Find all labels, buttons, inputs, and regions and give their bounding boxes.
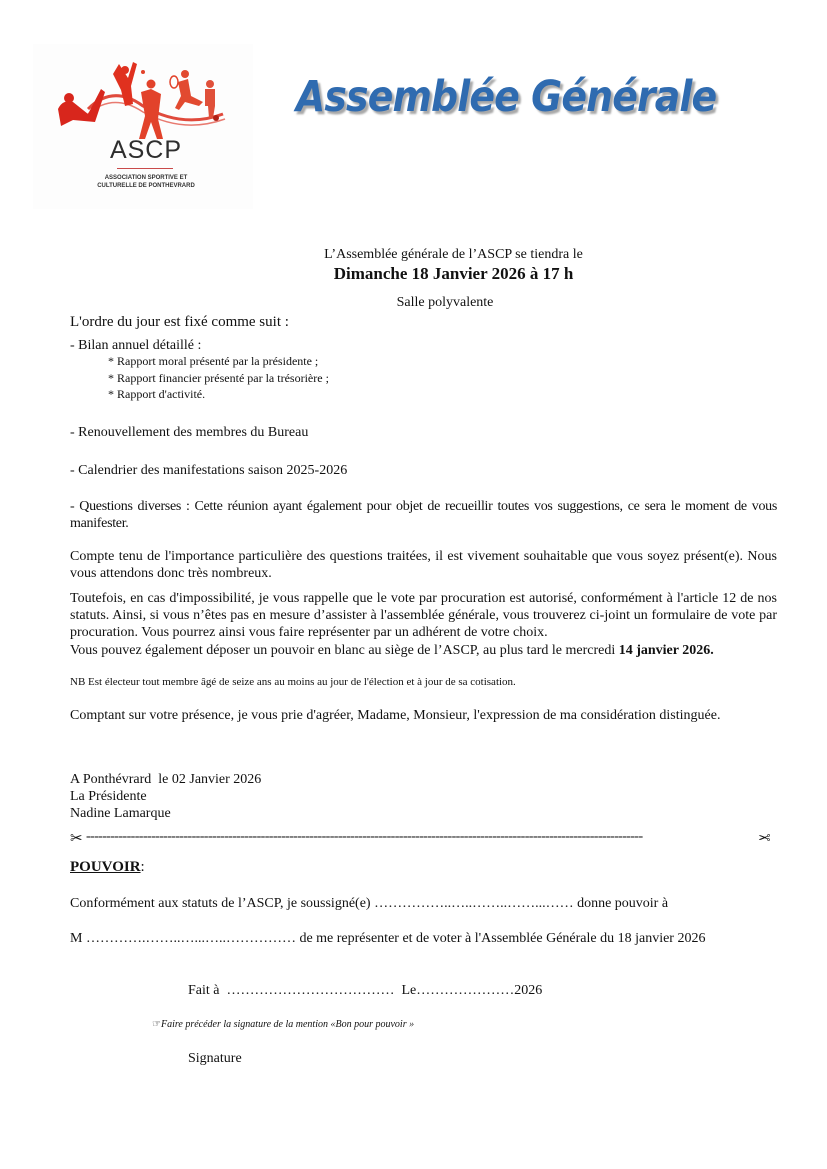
pointing-hand-icon: ☞: [152, 1019, 161, 1030]
proxy-line-undersigned: Conformément aux statuts de l’ASCP, je s…: [70, 895, 668, 912]
agenda-item-calendrier: - Calendrier des manifestations saison 2…: [70, 462, 347, 479]
page-title: Assemblée Générale: [296, 72, 716, 122]
sports-silhouettes-icon: [33, 44, 253, 144]
closing-paragraph: Comptant sur votre présence, je vous pri…: [70, 707, 777, 724]
proxy-heading-text: POUVOIR: [70, 859, 141, 875]
agenda-subitem: * Rapport d'activité.: [108, 387, 205, 402]
ascp-logo: ASCP ASSOCIATION SPORTIVE ET CULTURELLE …: [33, 44, 253, 209]
paragraph-deadline: Vous pouvez également déposer un pouvoir…: [70, 642, 714, 659]
agenda-item-bureau: - Renouvellement des membres du Bureau: [70, 424, 308, 441]
signer-role: La Présidente: [70, 788, 147, 805]
logo-subtitle-line1: ASSOCIATION SPORTIVE ET: [71, 174, 221, 182]
announcement-intro: L’Assemblée générale de l’ASCP se tiendr…: [0, 246, 827, 263]
paragraph-procuration: Toutefois, en cas d'impossibilité, je vo…: [70, 590, 777, 641]
place-date: A Ponthévrard le 02 Janvier 2026: [70, 771, 261, 788]
agenda-heading: L'ordre du jour est fixé comme suit :: [70, 313, 289, 331]
agenda-subitem: * Rapport financier présenté par la trés…: [108, 371, 329, 386]
dashed-line: ----------------------------------------…: [86, 829, 758, 845]
scissors-icon: ✂: [758, 829, 771, 848]
proxy-line-representative: M ………….……..…...…..…………… de me représente…: [70, 930, 770, 947]
deadline-text: Vous pouvez également déposer un pouvoir…: [70, 643, 619, 658]
logo-subtitle: ASSOCIATION SPORTIVE ET CULTURELLE DE PO…: [71, 174, 221, 190]
cut-line: ✂ --------------------------------------…: [70, 829, 776, 849]
nb-note: NB Est électeur tout membre âgé de seize…: [70, 675, 516, 689]
logo-subtitle-line2: CULTURELLE DE PONTHEVRARD: [71, 182, 221, 190]
proxy-note: ☞Faire précéder la signature de la menti…: [152, 1019, 414, 1030]
signature-label: Signature: [188, 1050, 242, 1067]
proxy-heading-colon: :: [141, 859, 145, 875]
agenda-item-bilan: - Bilan annuel détaillé :: [70, 337, 201, 354]
meeting-date-time: Dimanche 18 Janvier 2026 à 17 h: [0, 264, 827, 284]
scissors-icon: ✂: [70, 829, 83, 848]
proxy-made-at: Fait à ……………………………… Le…………………2026: [188, 982, 542, 999]
agenda-subitem: * Rapport moral présenté par la présiden…: [108, 354, 318, 369]
signer-name: Nadine Lamarque: [70, 805, 171, 822]
proxy-heading: POUVOIR:: [70, 859, 145, 876]
deadline-date: 14 janvier 2026.: [619, 643, 714, 658]
logo-acronym: ASCP: [71, 136, 221, 165]
proxy-note-text: Faire précéder la signature de la mentio…: [161, 1019, 414, 1030]
logo-divider: [117, 168, 173, 169]
meeting-location: Salle polyvalente: [0, 294, 827, 311]
paragraph-importance: Compte tenu de l'importance particulière…: [70, 548, 777, 582]
agenda-item-questions: - Questions diverses : Cette réunion aya…: [70, 498, 777, 532]
